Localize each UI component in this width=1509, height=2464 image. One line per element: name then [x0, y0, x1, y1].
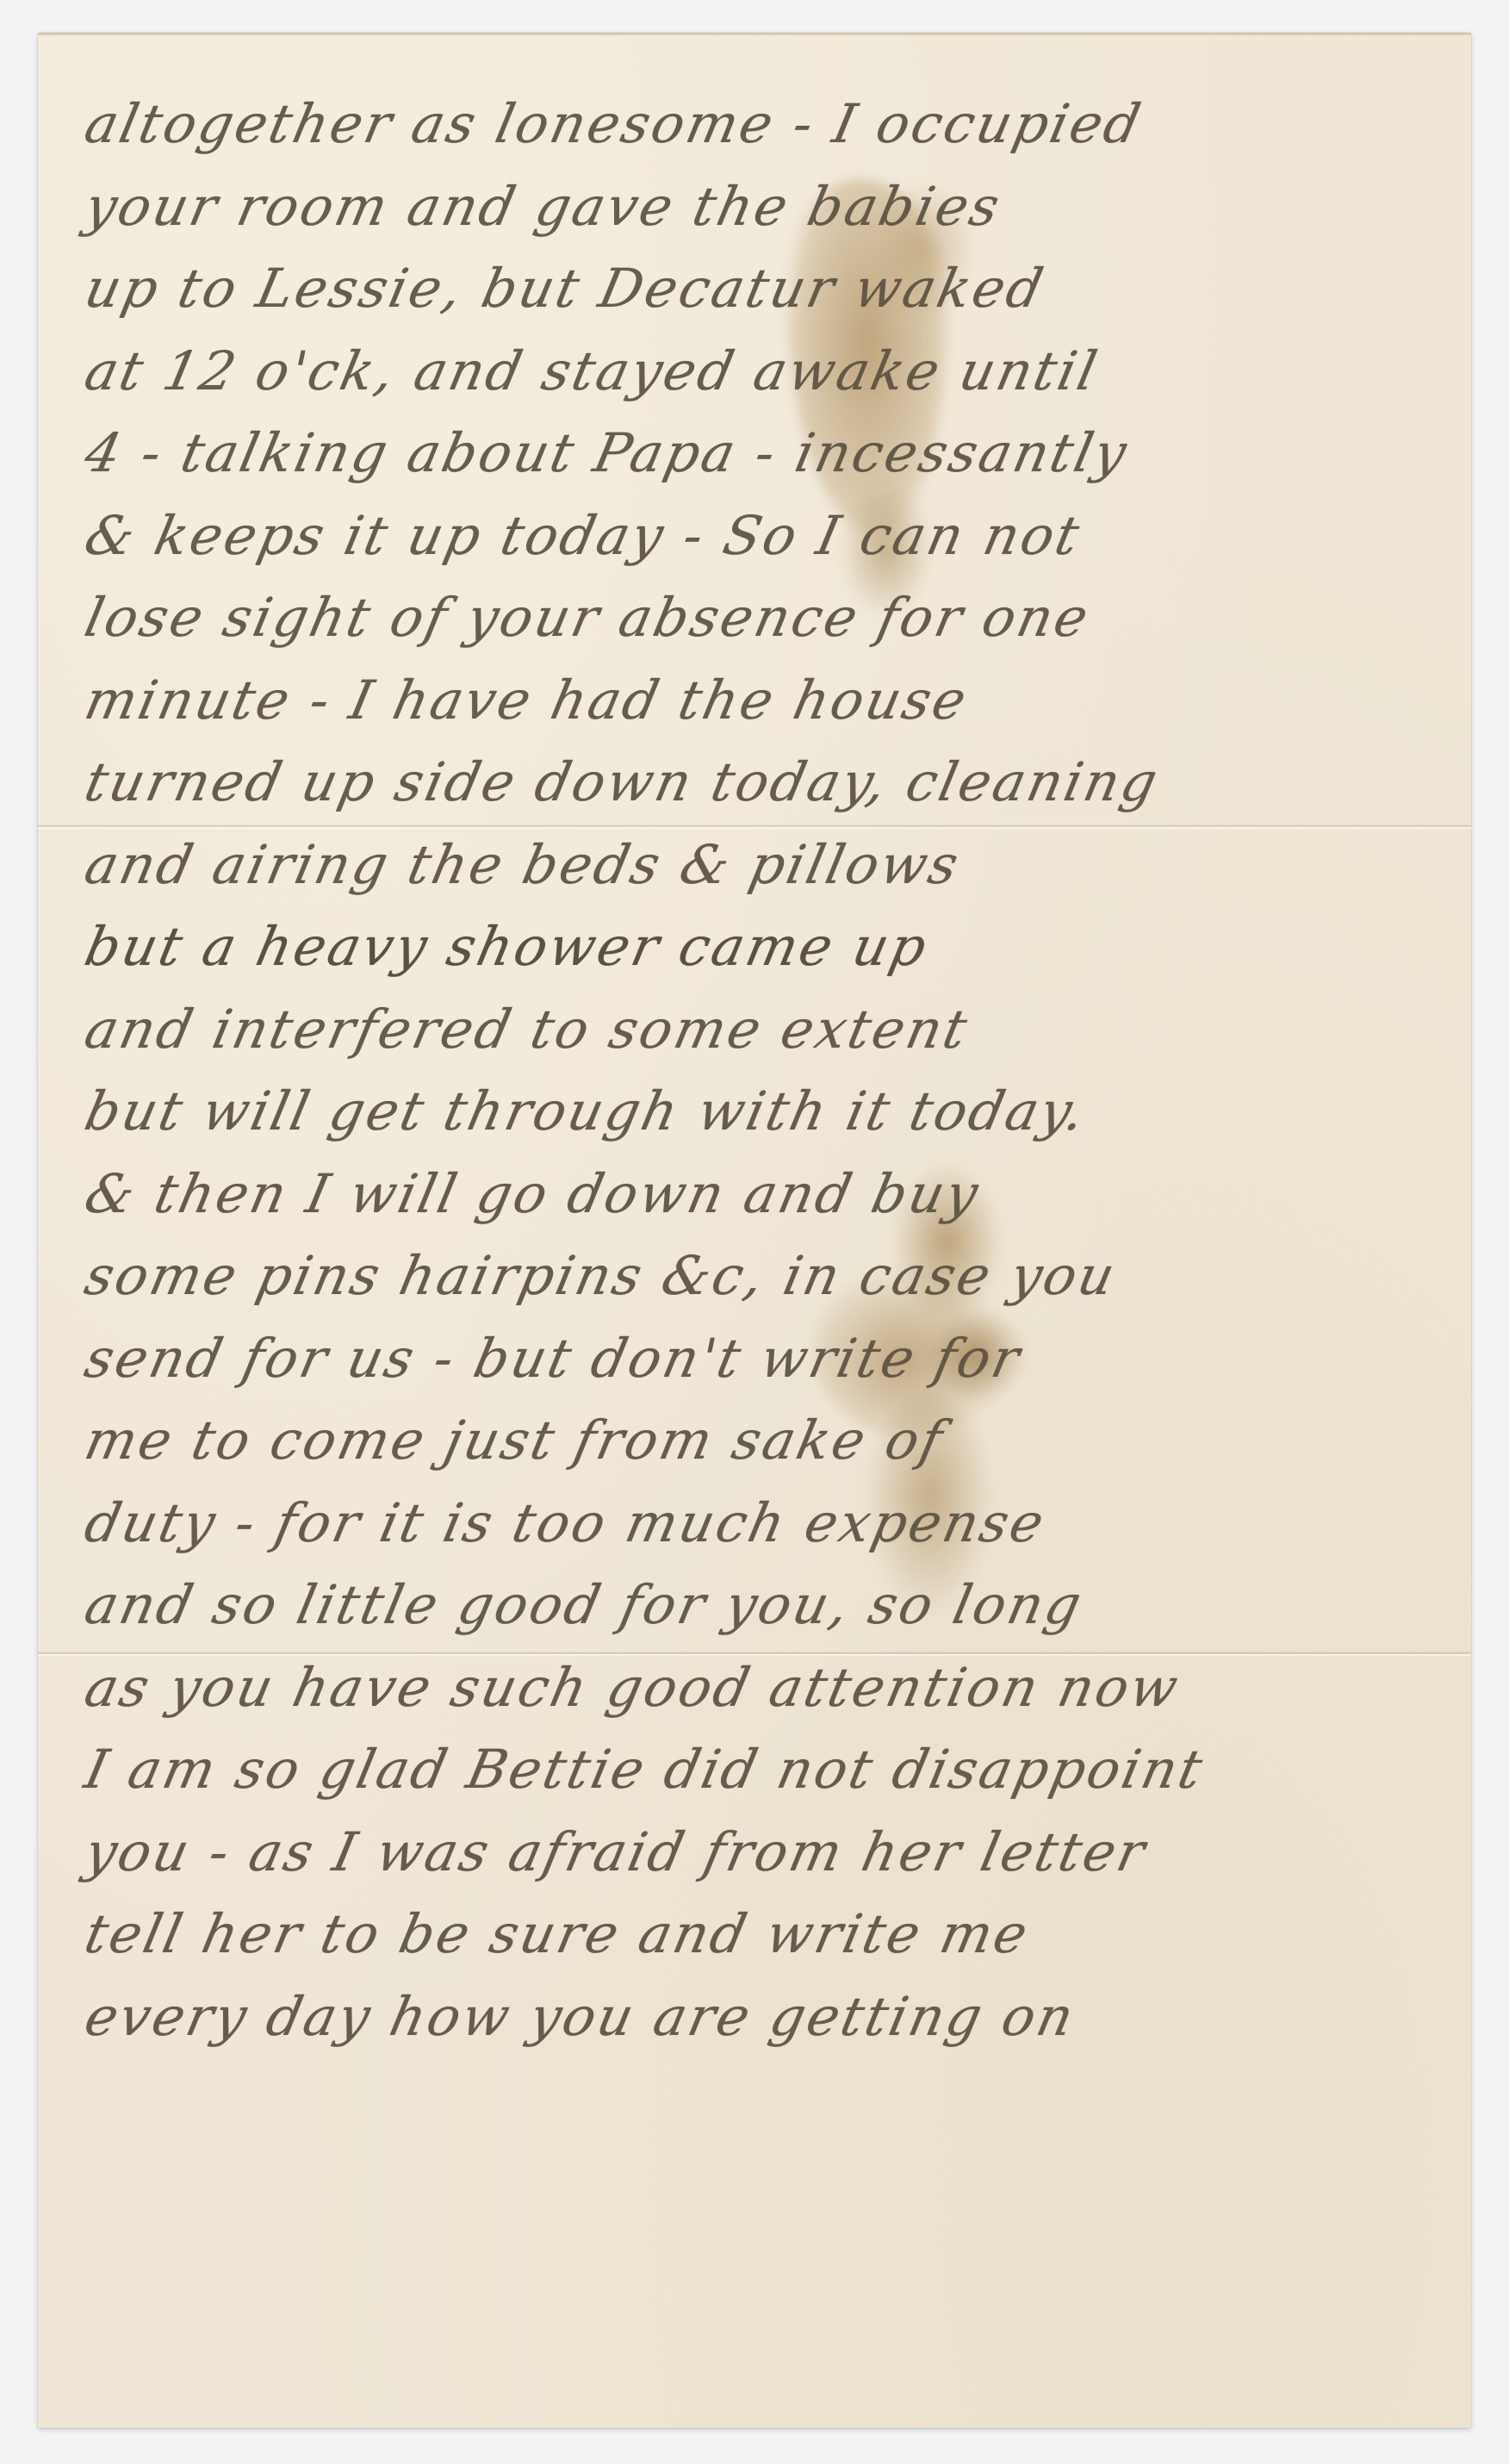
text-line: minute - I have had the house — [78, 659, 1456, 742]
letter-page: altogether as lonesome - I occupied your… — [38, 33, 1471, 2428]
text-line: duty - for it is too much expense — [78, 1482, 1456, 1565]
paper-edge — [38, 33, 1471, 36]
text-line: you - as I was afraid from her letter — [78, 1811, 1456, 1894]
text-line: me to come just from sake of — [78, 1399, 1456, 1482]
text-line: altogether as lonesome - I occupied — [78, 83, 1456, 165]
text-line: but a heavy shower came up — [78, 905, 1456, 988]
text-line: every day how you are getting on — [78, 1976, 1456, 2058]
text-line: your room and gave the babies — [78, 165, 1456, 248]
text-line: & then I will go down and buy — [78, 1153, 1456, 1235]
text-line: tell her to be sure and write me — [78, 1893, 1456, 1976]
text-line: up to Lessie, but Decatur waked — [78, 247, 1456, 330]
text-line: as you have such good attention now — [78, 1646, 1456, 1729]
text-line: lose sight of your absence for one — [78, 576, 1456, 659]
text-line: & keeps it up today - So I can not — [78, 495, 1456, 577]
text-line: and so little good for you, so long — [78, 1564, 1456, 1646]
text-line: but will get through with it today. — [78, 1070, 1456, 1153]
text-line: I am so glad Bettie did not disappoint — [78, 1728, 1456, 1811]
text-line: some pins hairpins &c, in case you — [78, 1235, 1456, 1317]
handwritten-text: altogether as lonesome - I occupied your… — [86, 83, 1447, 2057]
text-line: and airing the beds & pillows — [78, 824, 1456, 906]
text-line: turned up side down today, cleaning — [78, 741, 1456, 824]
text-line: at 12 o'ck, and stayed awake until — [78, 330, 1456, 413]
text-line: and interfered to some extent — [78, 988, 1456, 1071]
text-line: send for us - but don't write for — [78, 1317, 1456, 1400]
text-line: 4 - talking about Papa - incessantly — [78, 412, 1456, 495]
